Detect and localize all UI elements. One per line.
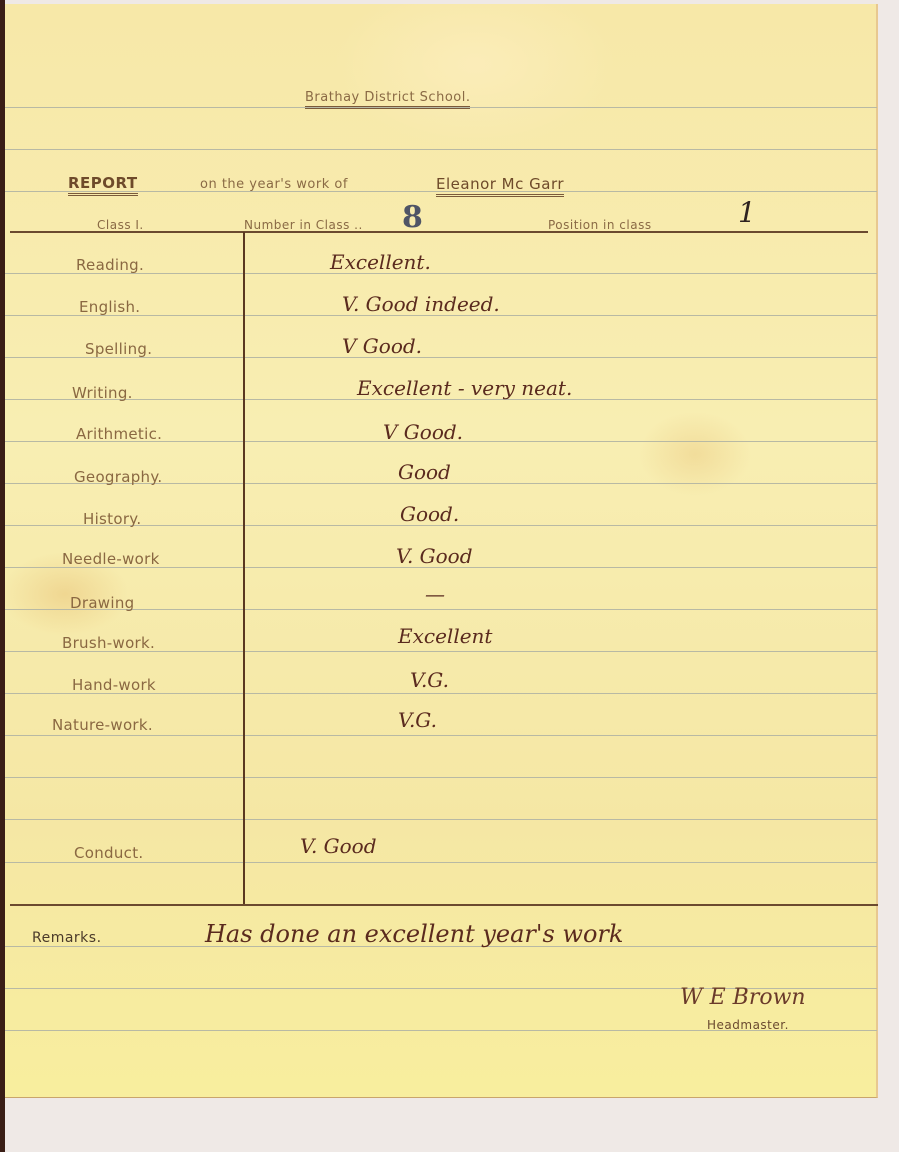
- subject-needle-work: Needle-work: [62, 550, 160, 568]
- report-intro: on the year's work of: [200, 177, 348, 192]
- ruled-line: [5, 777, 877, 778]
- subject-english: English.: [79, 298, 140, 316]
- report-label: REPORT: [68, 174, 138, 192]
- conduct-value: V. Good: [300, 834, 377, 858]
- ruled-line: [5, 862, 877, 863]
- signatory-title: Headmaster.: [707, 1018, 789, 1032]
- grade-nature-work: V.G.: [398, 708, 437, 732]
- school-name: Brathay District School.: [305, 90, 470, 105]
- number-in-class-label: Number in Class ..: [244, 218, 363, 232]
- grade-spelling: V Good.: [342, 334, 422, 358]
- student-name: Eleanor Mc Garr: [436, 175, 564, 193]
- grade-writing: Excellent - very neat.: [357, 376, 572, 400]
- subject-geography: Geography.: [74, 468, 162, 486]
- ruled-line: [5, 149, 877, 150]
- class-label: Class I.: [97, 218, 144, 232]
- subject-hand-work: Hand-work: [72, 676, 156, 694]
- grade-history: Good.: [400, 502, 459, 526]
- subject-reading: Reading.: [76, 256, 144, 274]
- student-name-text: Eleanor Mc Garr: [436, 175, 564, 197]
- grade-english: V. Good indeed.: [342, 292, 500, 316]
- grade-reading: Excellent.: [330, 250, 431, 274]
- subject-arithmetic: Arithmetic.: [76, 425, 162, 443]
- ruled-line: [5, 819, 877, 820]
- remarks-text: Has done an excellent year's work: [205, 920, 623, 948]
- school-name-text: Brathay District School.: [305, 90, 470, 109]
- conduct-label: Conduct.: [74, 844, 143, 862]
- report-label-text: REPORT: [68, 174, 138, 196]
- grade-drawing: —: [425, 582, 445, 606]
- number-in-class-value: 8: [402, 200, 423, 235]
- grade-hand-work: V.G.: [410, 668, 449, 692]
- ruled-line: [5, 609, 877, 610]
- remarks-label: Remarks.: [32, 930, 102, 946]
- section-rule: [10, 904, 878, 906]
- grade-arithmetic: V Good.: [383, 420, 463, 444]
- subject-history: History.: [83, 510, 141, 528]
- grade-brush-work: Excellent: [398, 624, 492, 648]
- subject-drawing: Drawing: [70, 594, 134, 612]
- subject-nature-work: Nature-work.: [52, 716, 153, 734]
- position-label: Position in class: [548, 218, 652, 232]
- subject-writing: Writing.: [72, 384, 133, 402]
- subject-brush-work: Brush-work.: [62, 634, 155, 652]
- subject-spelling: Spelling.: [85, 340, 152, 358]
- grade-needle-work: V. Good: [396, 544, 473, 568]
- headmaster-signature: W E Brown: [680, 985, 806, 1010]
- ruled-line: [5, 735, 877, 736]
- column-divider: [243, 232, 245, 904]
- grade-geography: Good: [398, 460, 451, 484]
- position-value: 1: [738, 196, 756, 229]
